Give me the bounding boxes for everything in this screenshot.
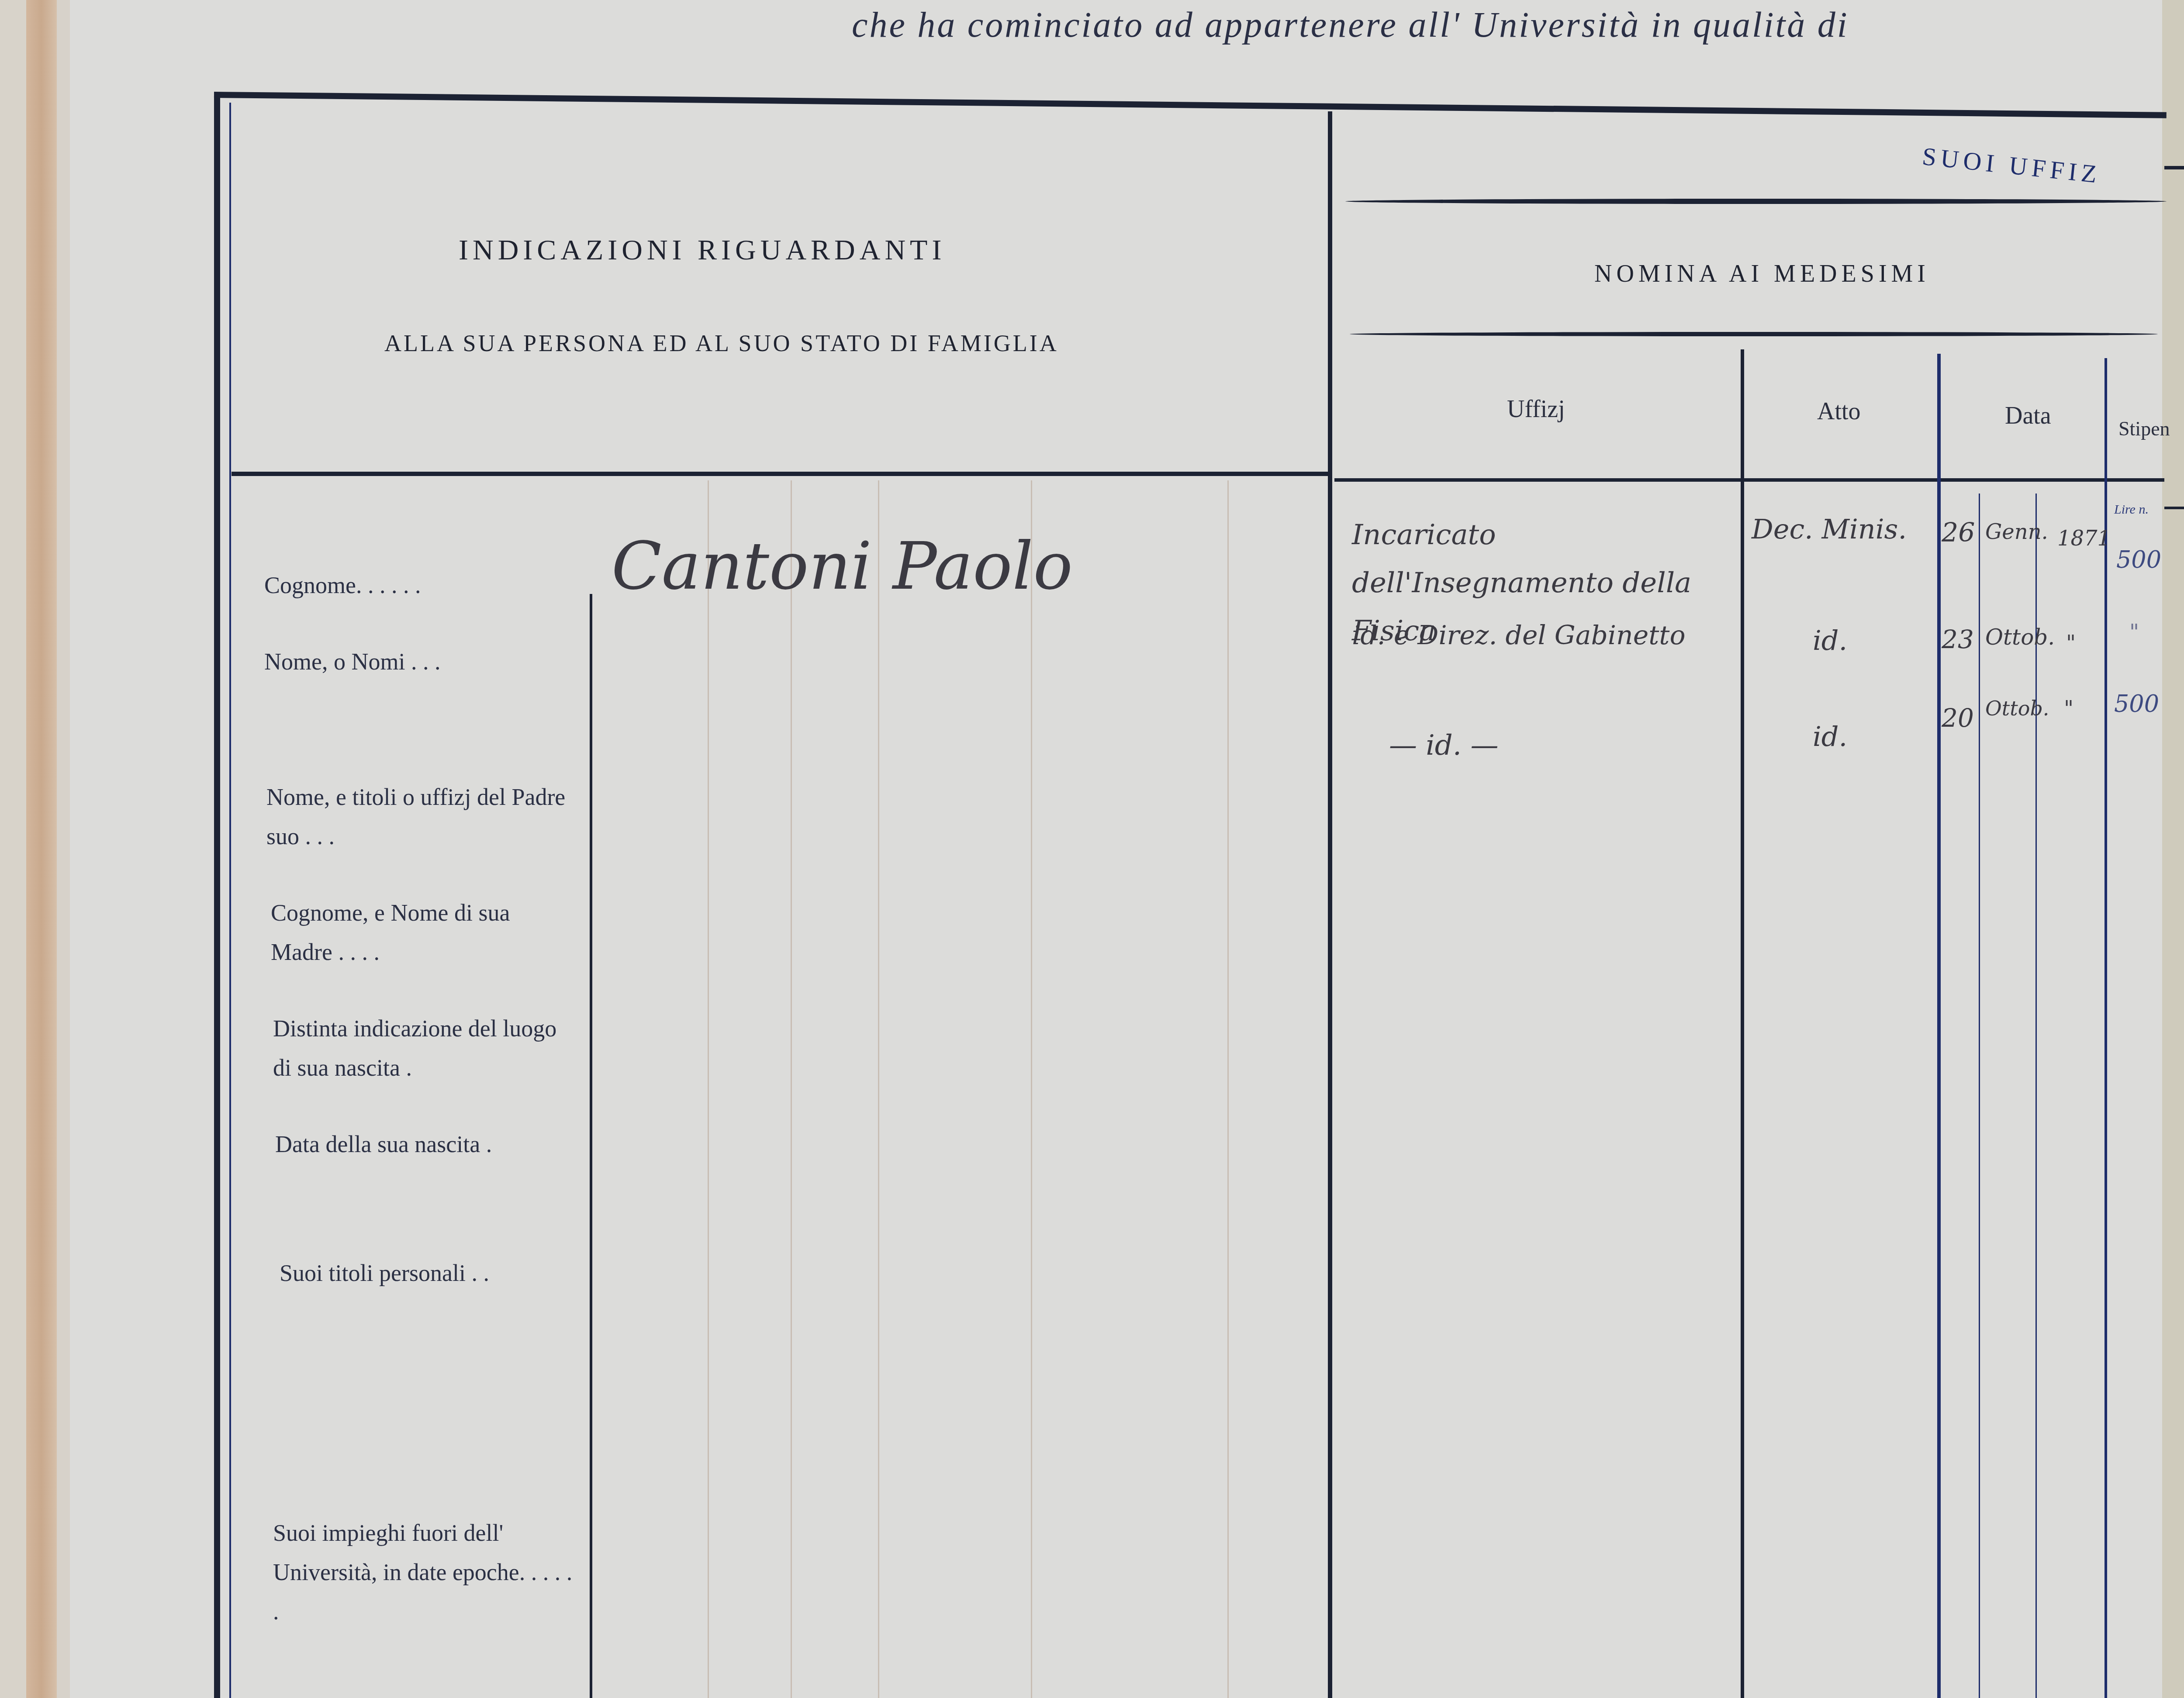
left-section-title: INDICAZIONI RIGUARDANTI [459,234,946,267]
row1-year: 1871 [2057,526,2111,551]
col-rule-uffizj-atto [1741,349,1744,1698]
top-caption: che ha cominciato ad appartenere all' Un… [852,4,1849,45]
faint-rule [878,480,879,1698]
field-padre-label: Nome, e titoli o uffizj del Padre suo . … [266,777,581,856]
row3-stipendio: 500 [2114,690,2159,718]
row2-stipendio: " [2129,620,2139,645]
col-header-stipendio: Stipen [2118,417,2170,440]
field-titoli-label: Suoi titoli personali . . [280,1253,489,1293]
field-data-nascita-label: Data della sua nascita . [275,1125,492,1164]
row2-day: 23 [1942,625,1974,654]
stipend-unit: Lire n. [2114,502,2149,517]
col-header-uffizj: Uffizj [1507,395,1565,423]
facing-page-rule [2164,166,2184,169]
field-madre-label: Cognome, e Nome di sua Madre . . . . [271,893,577,972]
table-left-border-outer [214,93,220,1698]
col-rule-day [1979,494,1980,1698]
row1-day: 26 [1942,518,1975,548]
book-page-edge-inner [57,0,70,1698]
faint-rule [708,480,709,1698]
left-section-subtitle: ALLA SUA PERSONA ED AL SUO STATO DI FAMI… [384,330,1059,357]
field-cognome-value: Cantoni Paolo [612,528,1073,604]
right-header-bottom-rule [1334,478,2164,482]
row3-month: Ottob. [1985,697,2049,720]
faint-rule [1227,480,1229,1698]
field-cognome-label: Cognome. . . . . . [264,566,421,605]
row1-stipendio: 500 [2116,546,2161,573]
row3-year: " [2064,697,2073,721]
col-rule-month [2035,494,2037,1698]
subheader-curve [1350,332,2158,336]
row2-uffizj: id. e Direz. del Gabinetto [1352,620,1736,651]
row3-uffizj: — id. — [1389,729,1498,762]
table-left-border-inner [229,103,231,1698]
row3-atto: id. [1813,721,1847,752]
row1-atto: Dec. Minis. [1752,513,1907,545]
facing-page-strip [2162,0,2184,1698]
field-brace-column [590,594,592,1698]
faint-rule [791,480,792,1698]
right-section-subtitle: NOMINA AI MEDESIMI [1594,260,1930,288]
col-header-data: Data [2005,402,2051,430]
section-divider [1328,111,1332,1698]
col-header-atto: Atto [1817,397,1861,425]
right-header-curve [1345,199,2167,204]
row2-atto: id. [1813,625,1847,656]
book-page-edge-stained [26,0,57,1698]
facing-page-rule [2164,507,2184,509]
col-rule-atto-data [1937,354,1941,1698]
field-nome-label: Nome, o Nomi . . . [264,642,440,681]
row1-month: Genn. [1985,520,2048,544]
field-impieghi-label: Suoi impieghi fuori dell' Università, in… [273,1513,579,1631]
col-rule-data-stipendio [2105,358,2107,1698]
field-luogo-nascita-label: Distinta indicazione del luogo di sua na… [273,1009,579,1087]
left-header-bottom-rule [232,472,1328,476]
faint-rule [1031,480,1032,1698]
row2-month: Ottob. [1985,625,2055,650]
row3-day: 20 [1942,703,1974,733]
row2-year: " [2066,631,2076,656]
